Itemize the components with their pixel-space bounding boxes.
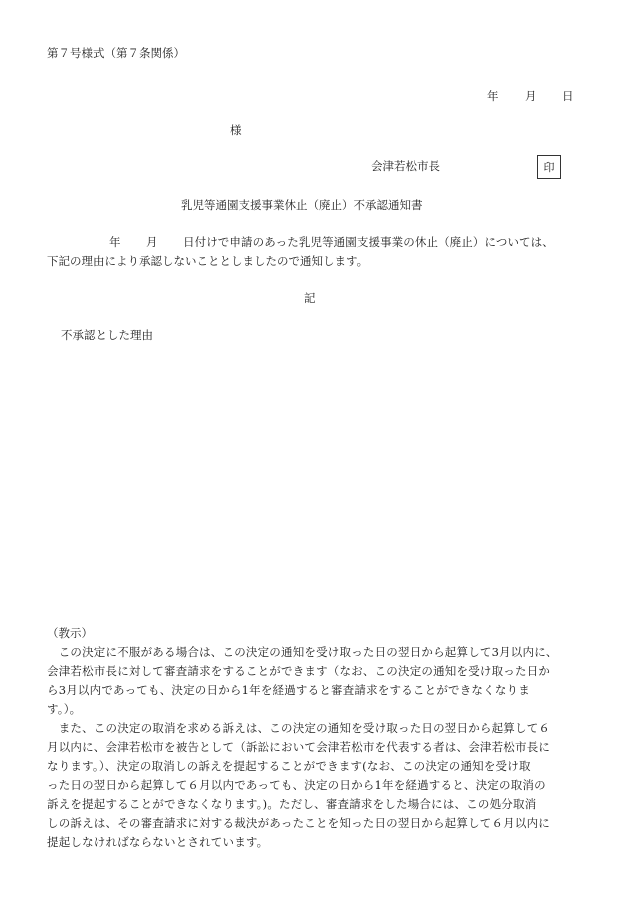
document-title: 乳児等通園支援事業休止（廃止）不承認通知書 [181, 200, 423, 212]
body-year-label: 年 [109, 237, 121, 249]
notice-line: また、この決定の取消を求める訴えは、この決定の通知を受け取った日の翌日から起算し… [47, 723, 550, 735]
date-day-label: 日 [562, 88, 574, 104]
date-month-label: 月 [525, 88, 537, 104]
notice-line: 月以内に、会津若松市を被告として（訴訟において会津若松市を代表する者は、会津若松… [47, 742, 550, 754]
seal-label: 印 [544, 159, 555, 175]
notice-line: 会津若松市長に対して審査請求をすることができます（なお、この決定の通知を受け取っ… [47, 666, 550, 678]
notice-line: 提起しなければならないとされています。 [47, 837, 268, 849]
notice-line: この決定に不服がある場合は、この決定の通知を受け取った日の翌日から起算して3月以… [47, 647, 558, 659]
date-year-label: 年 [487, 88, 499, 104]
form-number: 第７号様式（第７条関係） [47, 48, 185, 60]
body-month-label: 月 [146, 237, 158, 249]
notice-line: った日の翌日から起算して６月以内であっても、決定の日から1年を経過すると、決定の… [47, 780, 546, 792]
notice-line: ら3月以内であっても、決定の日から1年を経過すると審査請求をすることができなくな… [47, 685, 530, 697]
body-line2-text: 下記の理由により承認しないこととしましたので通知します。 [47, 256, 368, 268]
seal-box: 印 [537, 155, 561, 179]
notice-heading: （教示） [47, 628, 93, 640]
addressee-suffix: 様 [230, 125, 242, 137]
notice-line: す。）。 [47, 704, 81, 716]
issuer-name: 会津若松市長 [371, 161, 440, 173]
notice-line: 訴えを提起することができなくなります。)。ただし、審査請求をした場合には、この処… [47, 799, 536, 811]
notice-line: なります。）、決定の取消しの訴えを提起することができます(なお、この決定の通知を… [47, 761, 531, 773]
reason-label: 不承認とした理由 [61, 330, 153, 342]
body-line1-text: 日付けで申請のあった乳児等通園支援事業の休止（廃止）については、 [183, 237, 554, 249]
notice-line: しの訴えは、その審査請求に対する裁決があったことを知った日の翌日から起算して６月… [47, 818, 550, 830]
ki-heading: 記 [304, 293, 316, 305]
